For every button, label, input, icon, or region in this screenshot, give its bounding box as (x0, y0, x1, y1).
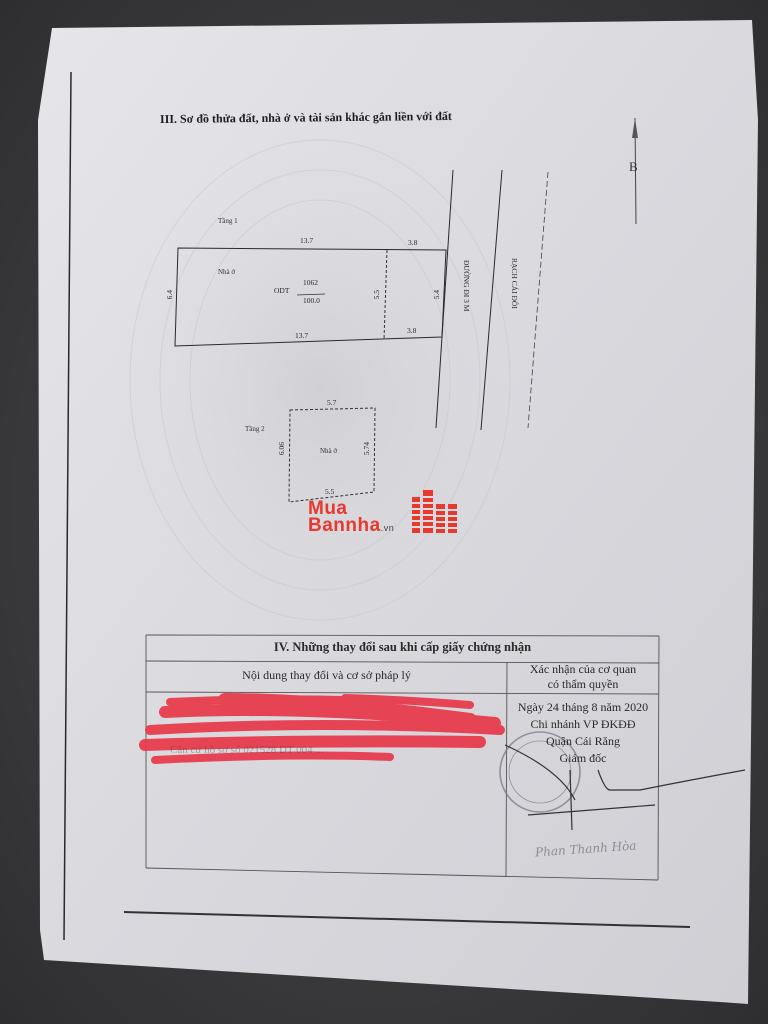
floor2-dim-top: 5.7 (327, 398, 336, 407)
confirmation-block: Ngày 24 tháng 8 năm 2020 Chi nhánh VP ĐK… (507, 699, 659, 767)
confirmation-agency: Chi nhánh VP ĐKĐĐ (507, 716, 659, 733)
confirmation-district: Quận Cái Răng (507, 733, 659, 750)
col-header-confirmation: Xác nhận của cơ quan có thẩm quyền (507, 662, 659, 692)
floor1-label: Tầng 1 (218, 217, 238, 225)
photographed-document: III. Sơ đồ thửa đất, nhà ở và tài sản kh… (0, 0, 768, 1024)
floor2-dim-left: 6.06 (277, 442, 286, 455)
floor1-dim-bottom-setback: 3.8 (407, 326, 416, 335)
canal-label: RẠCH CÁI ĐÔI (510, 258, 519, 309)
floor1-dim-top-setback: 3.8 (408, 238, 417, 247)
floor1-house-label: Nhà ở (218, 268, 235, 276)
col-header-confirmation-line2: có thẩm quyền (507, 677, 659, 692)
floor2-dim-right: 5.74 (362, 442, 371, 455)
floor1-dim-inner: 5.5 (372, 290, 381, 299)
floor1-dim-right: 5.4 (432, 290, 441, 299)
col-header-changes: Nội dung thay đổi và cơ sở pháp lý (146, 668, 507, 683)
legal-basis-text: Căn cứ hồ sơ số 021528 DT 004 ... (170, 744, 324, 756)
floor1-parcel-number: 1062 (303, 278, 318, 287)
floor1-dim-left: 6.4 (165, 290, 174, 299)
confirmation-title: Giám đốc (507, 750, 659, 767)
floor1-dim-bottom-main: 13.7 (295, 331, 308, 340)
watermark-line2: Bannha (308, 515, 381, 536)
col-header-confirmation-line1: Xác nhận của cơ quan (507, 662, 659, 677)
north-label: B (629, 159, 638, 175)
floor2-house-label: Nhà ở (320, 447, 337, 455)
section-4-title: IV. Những thay đổi sau khi cấp giấy chứn… (146, 640, 659, 655)
watermark-logo: Mua Bannha.vn (308, 500, 394, 537)
road-label: ĐƯỜNG ĐI 3 M (462, 260, 471, 311)
floor2-label: Tầng 2 (245, 425, 265, 433)
floor1-land-type: ODT (274, 286, 289, 295)
floor1-area: 100.0 (303, 296, 320, 305)
watermark-suffix: .vn (381, 523, 395, 533)
floor2-dim-bottom: 5.5 (325, 487, 334, 496)
floor1-dim-top-main: 13.7 (300, 236, 313, 245)
section-3-title: III. Sơ đồ thửa đất, nhà ở và tài sản kh… (160, 109, 452, 127)
confirmation-date: Ngày 24 tháng 8 năm 2020 (507, 699, 659, 716)
